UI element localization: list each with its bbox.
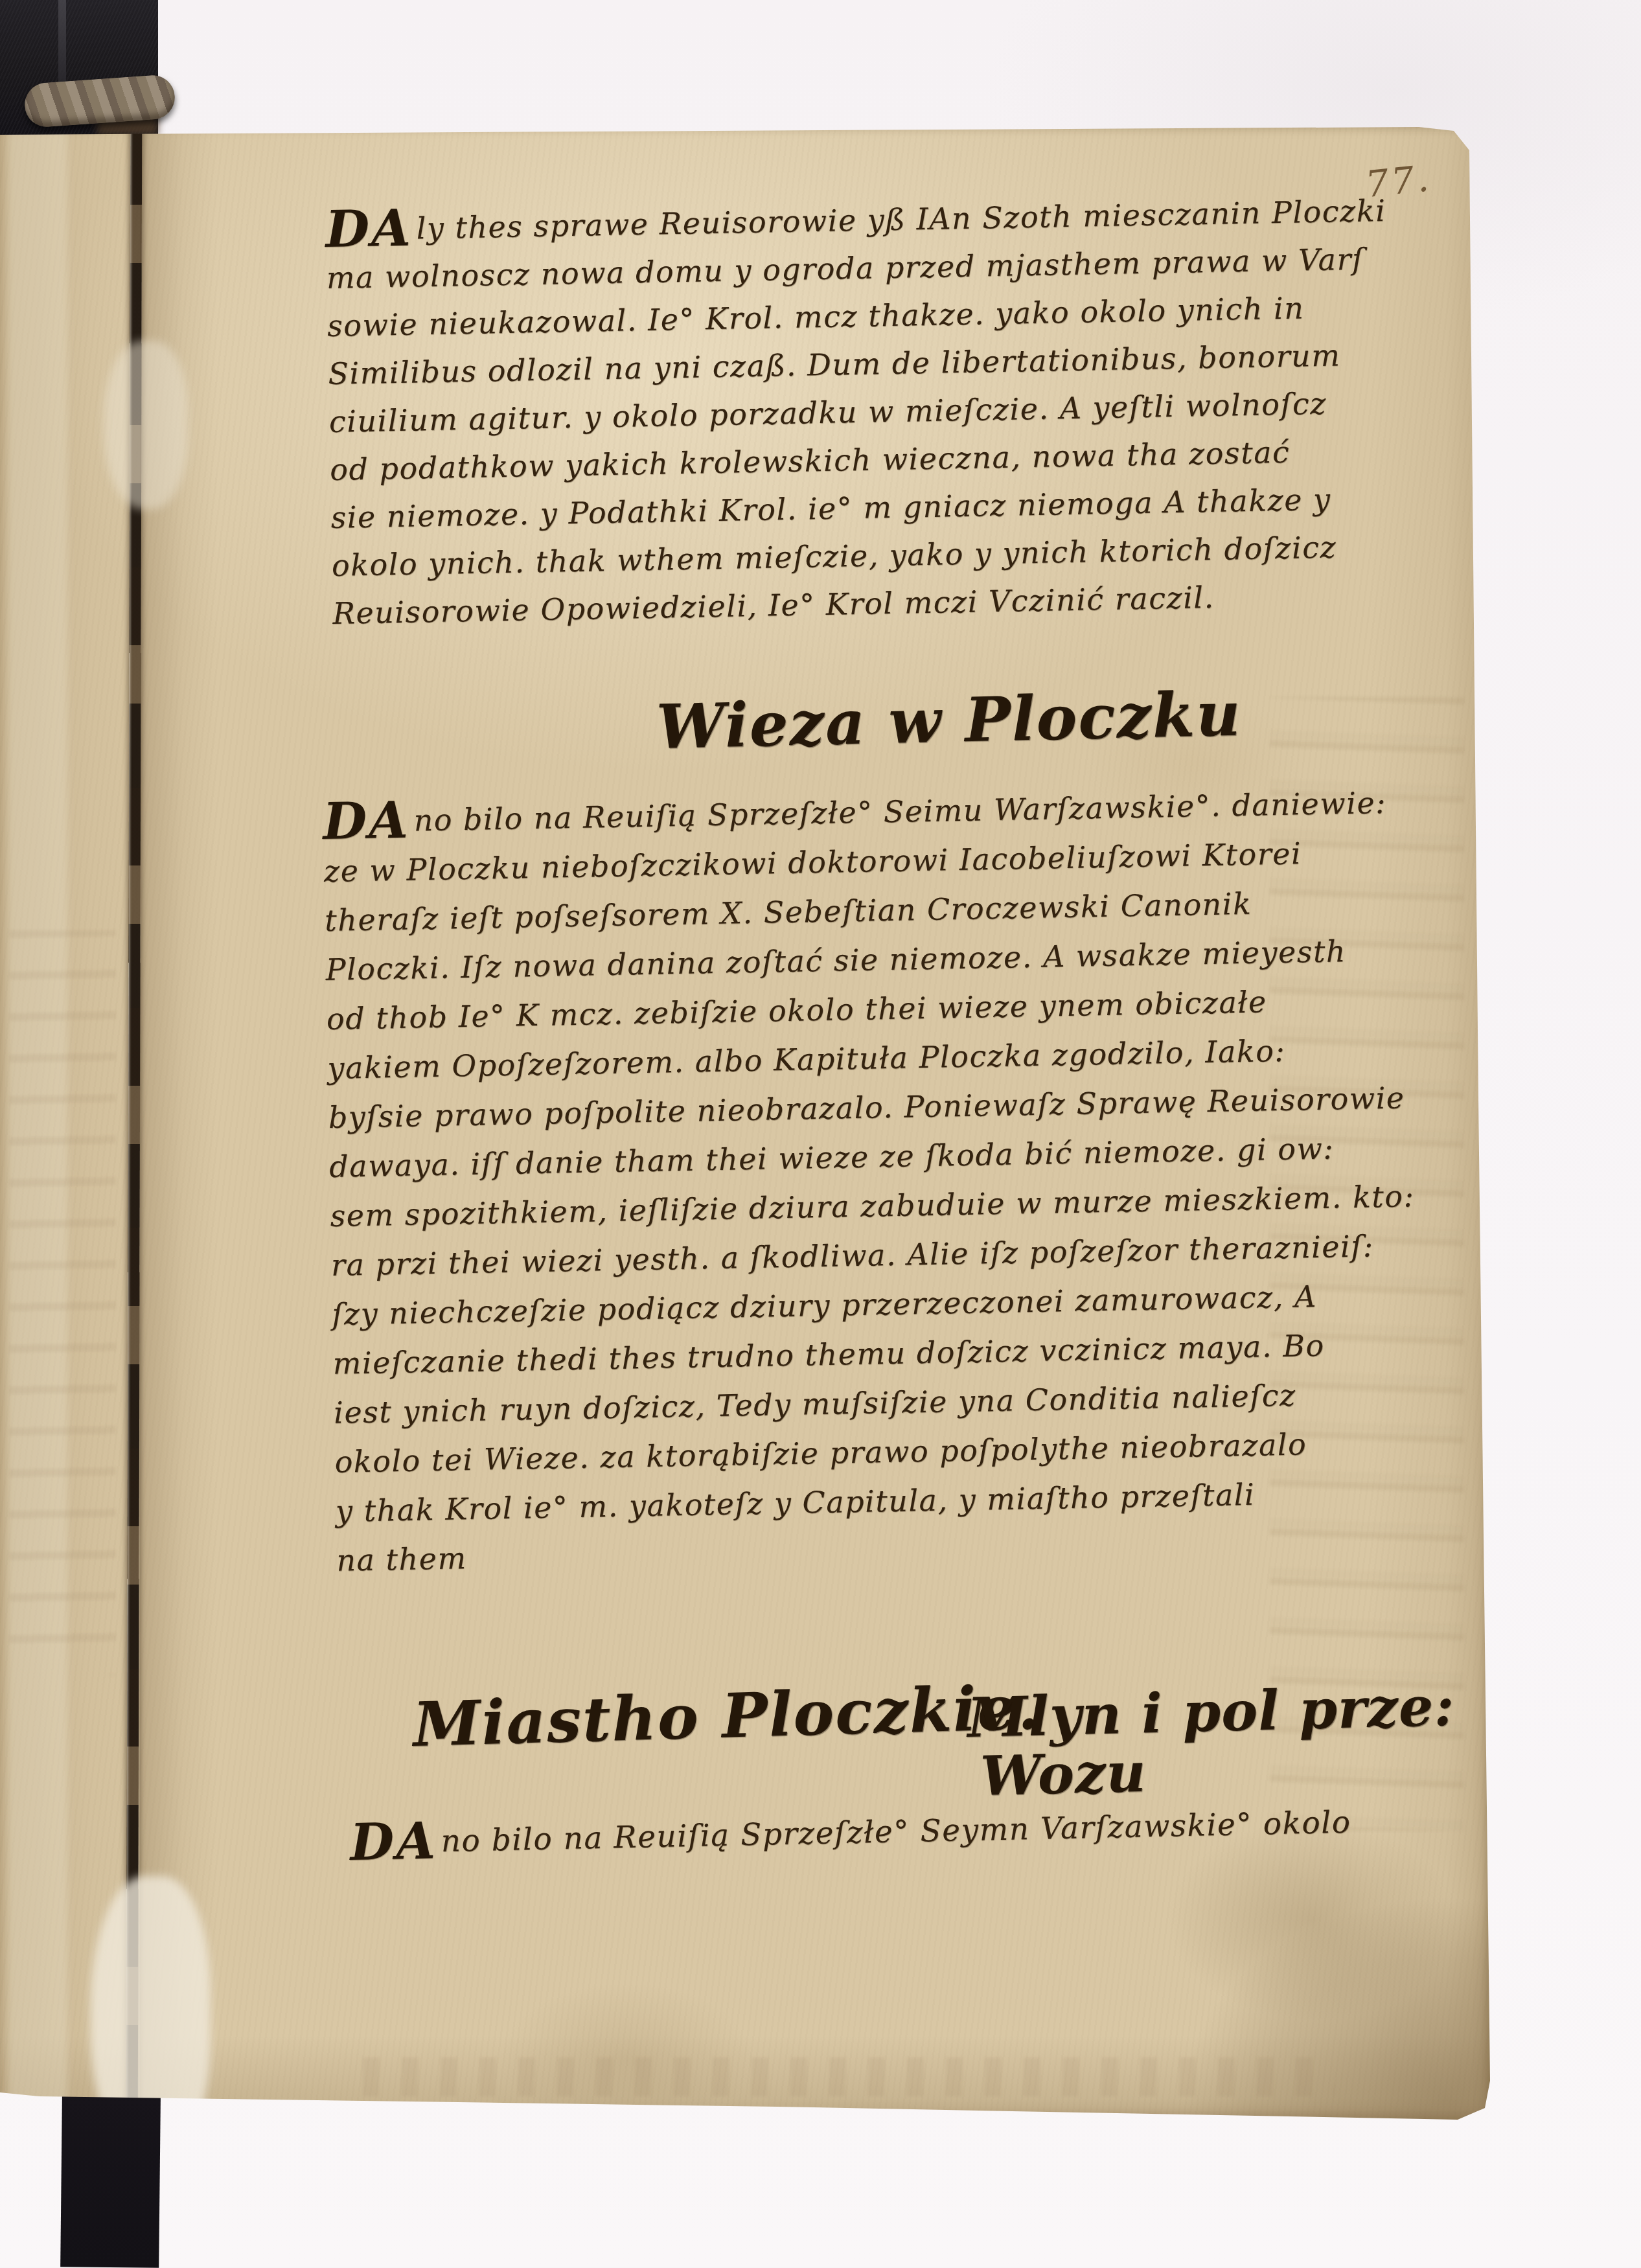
paragraph-2: DAno bilo na Reuiſią Sprzeſzłe° Seimu Wa… [323,785,1421,1592]
heading-mlyn-line-2: Wozu [980,1740,1147,1808]
initial-capital: DA [325,199,413,259]
text-line-rest: no bilo na Reuiſią Sprzeſzłe° Seymn Varſ… [441,1805,1351,1859]
paragraph-1: DAly thes sprawe Reuisorowie yß IAn Szot… [325,193,1394,644]
paragraph-3: DAno bilo na Reuiſią Sprzeſzłe° Seymn Va… [350,1805,1352,1875]
heading-wieza-w-ploczku: Wieza w Ploczku [656,679,1243,763]
ink-bleedthrough [363,2057,1335,2096]
paper-repair-patch [104,341,188,509]
heading-miastho-ploczkie: Miastho Ploczkie. [412,1672,1041,1761]
text-line-rest: no bilo na Reuiſią Sprzeſzłe° Seimu Warſ… [413,785,1386,838]
manuscript-page: 77. DAly thes sprawe Reuisorowie yß IAn … [0,127,1491,2120]
text-line-rest: ly thes sprawe Reuisorowie yß IAn Szoth … [416,193,1386,246]
initial-capital: DA [323,791,411,851]
gutter-highlight [8,127,67,2120]
book-cover-corner [0,0,158,135]
heading-mlyn-line-1: Mlyn i pol prze: [967,1674,1455,1750]
initial-capital: DA [350,1811,438,1872]
text-line: DAno bilo na Reuiſią Sprzeſzłe° Seymn Va… [350,1805,1352,1875]
